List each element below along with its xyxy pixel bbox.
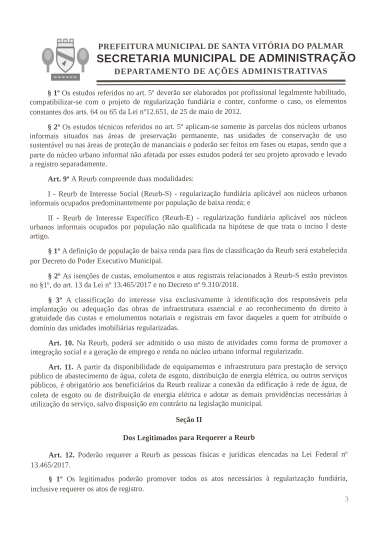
paragraph: § 1º Os estudos referidos no art. 5º dev…	[30, 88, 347, 117]
paragraph: II - Reurb de Interesse Específico (Reur…	[30, 212, 347, 241]
header-departamento: DEPARTAMENTO DE AÇÕES ADMINISTRATIVAS	[96, 67, 345, 77]
coat-of-arms-icon	[38, 37, 92, 86]
document-page: PREFEITURA MUNICIPAL DE SANTA VITÓRIA DO…	[0, 0, 375, 534]
paragraph: Art. 11. A partir da disponibilidade de …	[30, 361, 347, 409]
paragraph: § 1º A definição de população de baixa r…	[30, 246, 347, 266]
paragraph: § 2º As isenções de custas, emolumentos …	[30, 270, 347, 290]
paragraph: Art. 12. Poderão requerer a Reurb as pes…	[30, 450, 347, 470]
page-number: 3	[345, 495, 349, 504]
paragraph: Art. 9º A Reurb compreende duas modalida…	[30, 173, 347, 183]
paragraph: § 3º A classificação do interesse visa e…	[30, 294, 347, 332]
document-body: § 1º Os estudos referidos no art. 5º dev…	[30, 88, 348, 499]
document-header: PREFEITURA MUNICIPAL DE SANTA VITÓRIA DO…	[96, 42, 345, 86]
paragraph: § 1º Os legitimados poderão promover tod…	[31, 474, 348, 494]
section-heading: Seção II	[30, 415, 347, 425]
paragraph: I - Reurb de Interesse Social (Reurb-S) …	[30, 188, 347, 208]
section-heading: Dos Legitimados para Requerer a Reurb	[30, 432, 347, 442]
header-secretaria: SECRETARIA MUNICIPAL DE ADMINISTRAÇÃO	[96, 53, 345, 66]
paragraph: Art. 10. Na Reurb, poderá ser admitido o…	[30, 337, 347, 357]
header-rule	[97, 80, 346, 86]
paragraph: § 2º Os estudos técnicos referidos no ar…	[30, 121, 347, 169]
header-prefeitura: PREFEITURA MUNICIPAL DE SANTA VITÓRIA DO…	[96, 42, 345, 52]
